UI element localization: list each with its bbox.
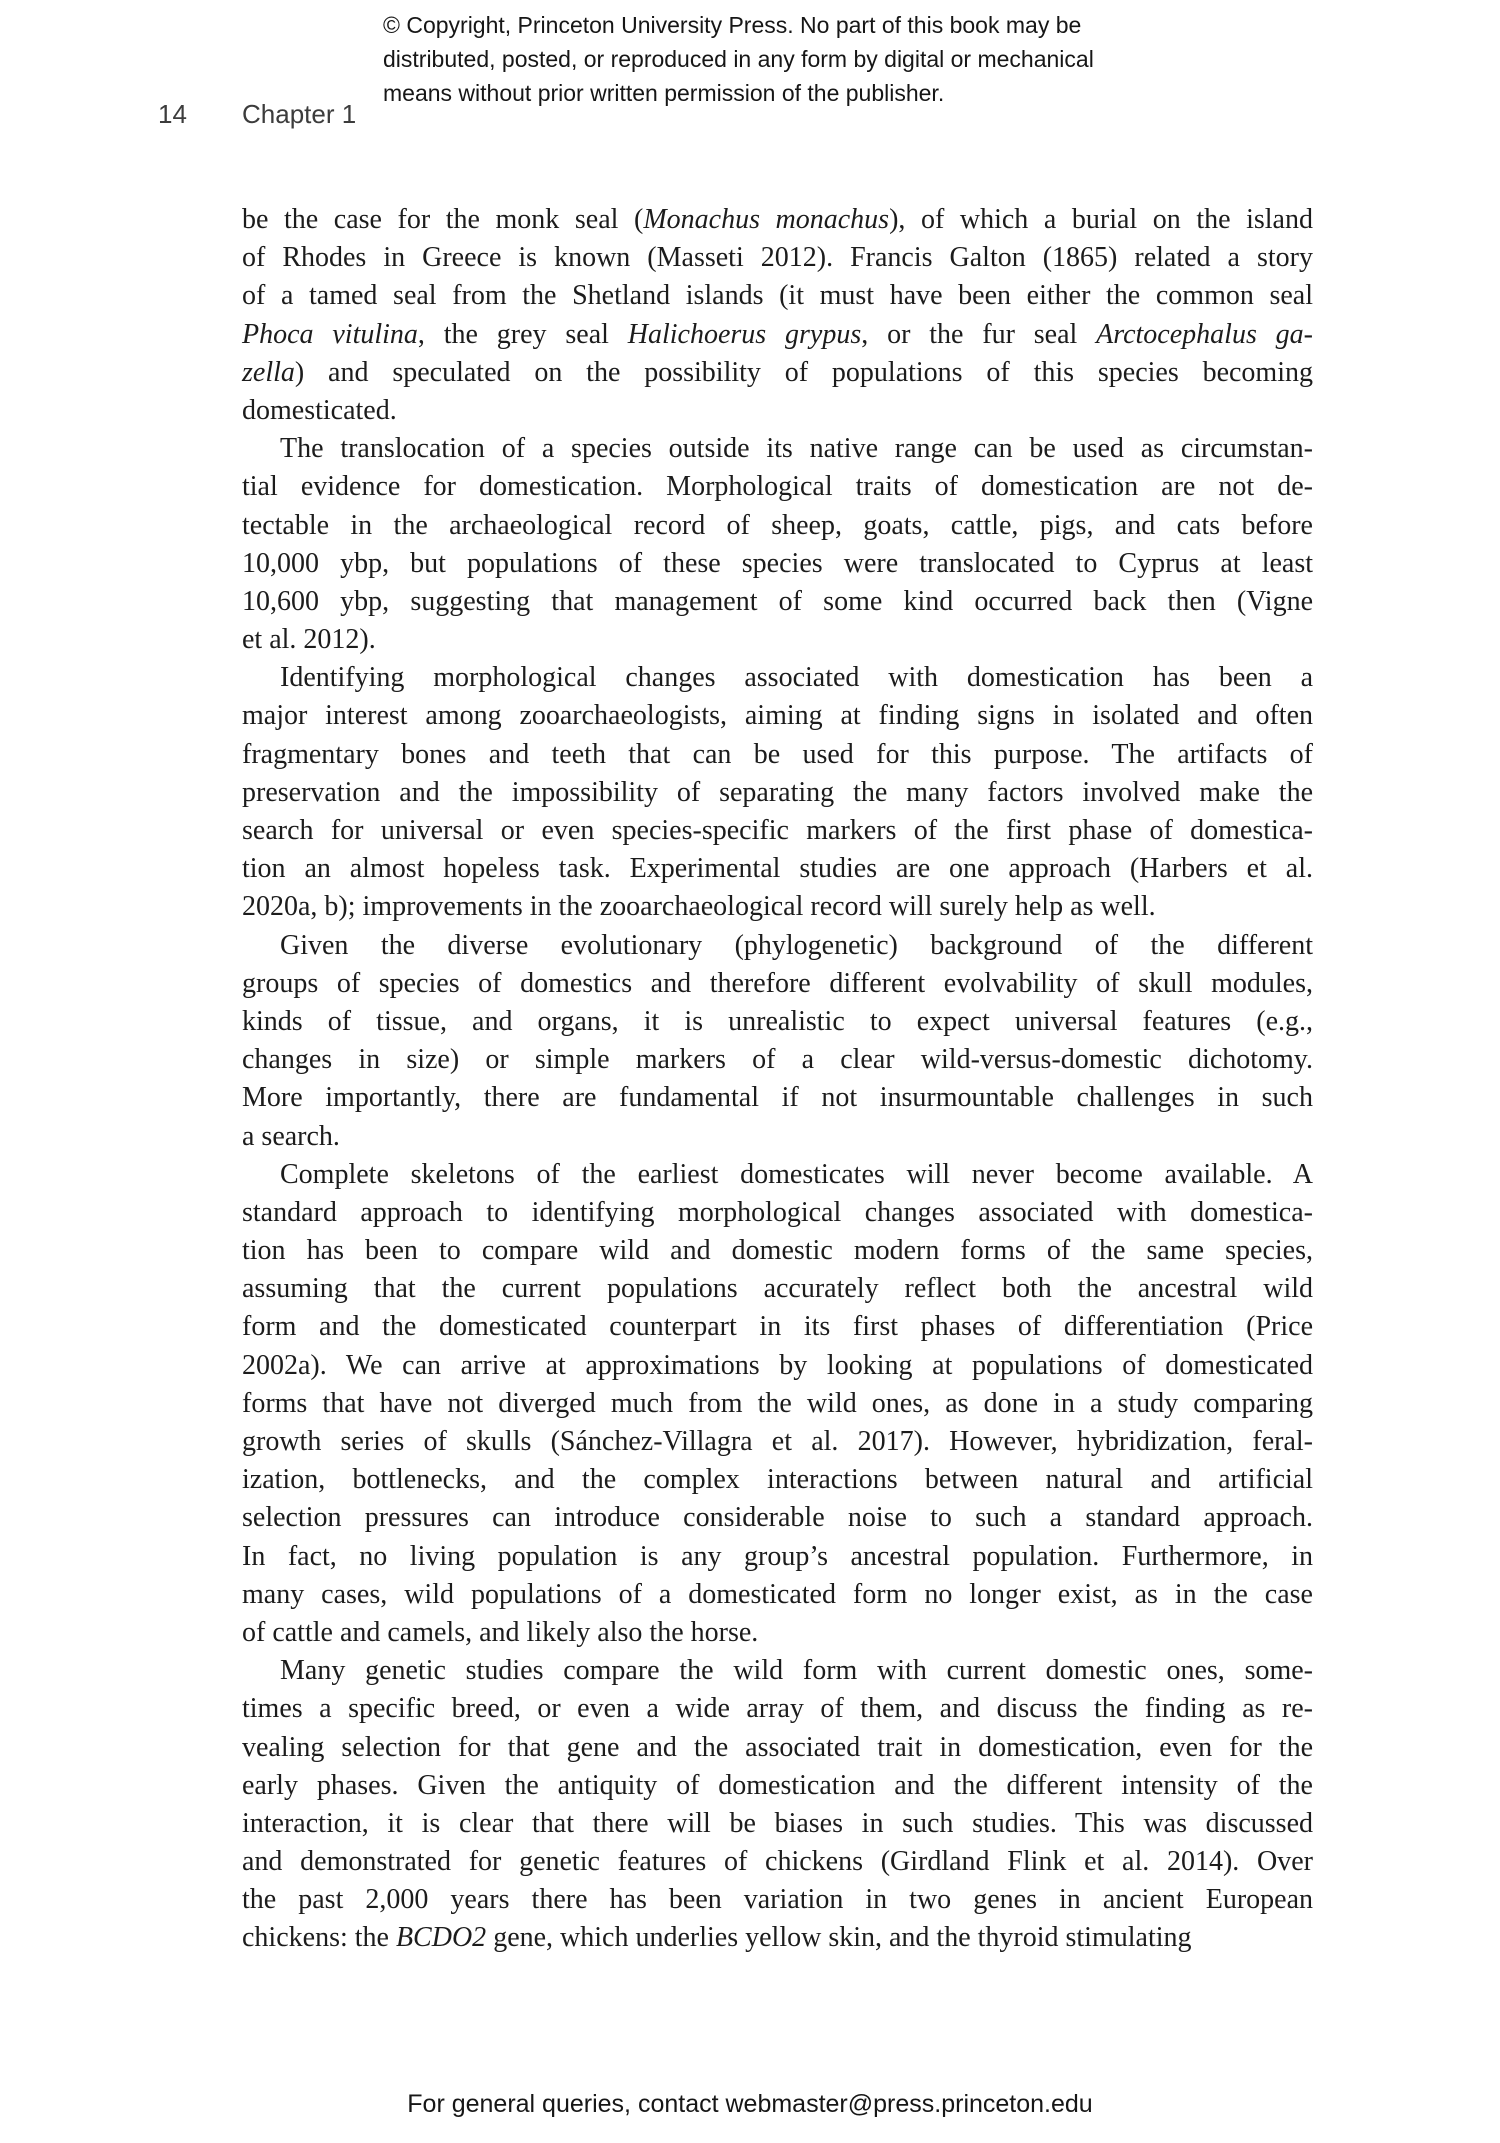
text-line: a search. bbox=[242, 1118, 1313, 1156]
text-line: 10,000 ybp, but populations of these spe… bbox=[242, 545, 1313, 583]
copyright-line: © Copyright, Princeton University Press.… bbox=[383, 8, 1094, 42]
text-line: interaction, it is clear that there will… bbox=[242, 1805, 1313, 1843]
text-line: Given the diverse evolutionary (phylogen… bbox=[242, 927, 1313, 965]
footer-contact: For general queries, contact webmaster@p… bbox=[0, 2090, 1500, 2119]
text-line: fragmentary bones and teeth that can be … bbox=[242, 736, 1313, 774]
text-line: search for universal or even species-spe… bbox=[242, 812, 1313, 850]
text-line: forms that have not diverged much from t… bbox=[242, 1385, 1313, 1423]
text-line: groups of species of domestics and there… bbox=[242, 965, 1313, 1003]
text-line: Identifying morphological changes associ… bbox=[242, 659, 1313, 697]
text-line: form and the domesticated counterpart in… bbox=[242, 1308, 1313, 1346]
body-text: be the case for the monk seal (Monachus … bbox=[242, 201, 1313, 1958]
book-page: © Copyright, Princeton University Press.… bbox=[0, 0, 1500, 2143]
text-line: Complete skeletons of the earliest domes… bbox=[242, 1156, 1313, 1194]
text-line: growth series of skulls (Sánchez-Villagr… bbox=[242, 1423, 1313, 1461]
page-number: 14 bbox=[158, 99, 187, 130]
text-line: kinds of tissue, and organs, it is unrea… bbox=[242, 1003, 1313, 1041]
text-line: times a specific breed, or even a wide a… bbox=[242, 1690, 1313, 1728]
text-line: of a tamed seal from the Shetland island… bbox=[242, 277, 1313, 315]
text-line: vealing selection for that gene and the … bbox=[242, 1729, 1313, 1767]
text-line: the past 2,000 years there has been vari… bbox=[242, 1881, 1313, 1919]
text-line: In fact, no living population is any gro… bbox=[242, 1538, 1313, 1576]
text-line: tial evidence for domestication. Morphol… bbox=[242, 468, 1313, 506]
copyright-line: means without prior written permission o… bbox=[383, 76, 1094, 110]
text-line: 2020a, b); improvements in the zooarchae… bbox=[242, 888, 1313, 926]
text-line: of cattle and camels, and likely also th… bbox=[242, 1614, 1313, 1652]
text-line: preservation and the impossibility of se… bbox=[242, 774, 1313, 812]
text-line: Many genetic studies compare the wild fo… bbox=[242, 1652, 1313, 1690]
text-line: standard approach to identifying morphol… bbox=[242, 1194, 1313, 1232]
text-line: ization, bottlenecks, and the complex in… bbox=[242, 1461, 1313, 1499]
text-line: many cases, wild populations of a domest… bbox=[242, 1576, 1313, 1614]
text-line: More importantly, there are fundamental … bbox=[242, 1079, 1313, 1117]
text-line: selection pressures can introduce consid… bbox=[242, 1499, 1313, 1537]
text-line: of Rhodes in Greece is known (Masseti 20… bbox=[242, 239, 1313, 277]
text-line: tion has been to compare wild and domest… bbox=[242, 1232, 1313, 1270]
text-line: The translocation of a species outside i… bbox=[242, 430, 1313, 468]
text-line: major interest among zooarchaeologists, … bbox=[242, 697, 1313, 735]
text-line: early phases. Given the antiquity of dom… bbox=[242, 1767, 1313, 1805]
text-line: 10,600 ybp, suggesting that management o… bbox=[242, 583, 1313, 621]
text-line: and demonstrated for genetic features of… bbox=[242, 1843, 1313, 1881]
text-line: domesticated. bbox=[242, 392, 1313, 430]
text-line: tectable in the archaeological record of… bbox=[242, 507, 1313, 545]
copyright-notice: © Copyright, Princeton University Press.… bbox=[383, 8, 1094, 110]
copyright-line: distributed, posted, or reproduced in an… bbox=[383, 42, 1094, 76]
text-line: tion an almost hopeless task. Experiment… bbox=[242, 850, 1313, 888]
running-head-chapter: Chapter 1 bbox=[242, 99, 356, 130]
text-line: changes in size) or simple markers of a … bbox=[242, 1041, 1313, 1079]
text-line: assuming that the current populations ac… bbox=[242, 1270, 1313, 1308]
text-line: 2002a). We can arrive at approximations … bbox=[242, 1347, 1313, 1385]
text-line: chickens: the BCDO2 gene, which underlie… bbox=[242, 1919, 1313, 1957]
text-line: be the case for the monk seal (Monachus … bbox=[242, 201, 1313, 239]
text-line: et al. 2012). bbox=[242, 621, 1313, 659]
text-line: Phoca vitulina, the grey seal Halichoeru… bbox=[242, 316, 1313, 354]
text-line: zella) and speculated on the possibility… bbox=[242, 354, 1313, 392]
